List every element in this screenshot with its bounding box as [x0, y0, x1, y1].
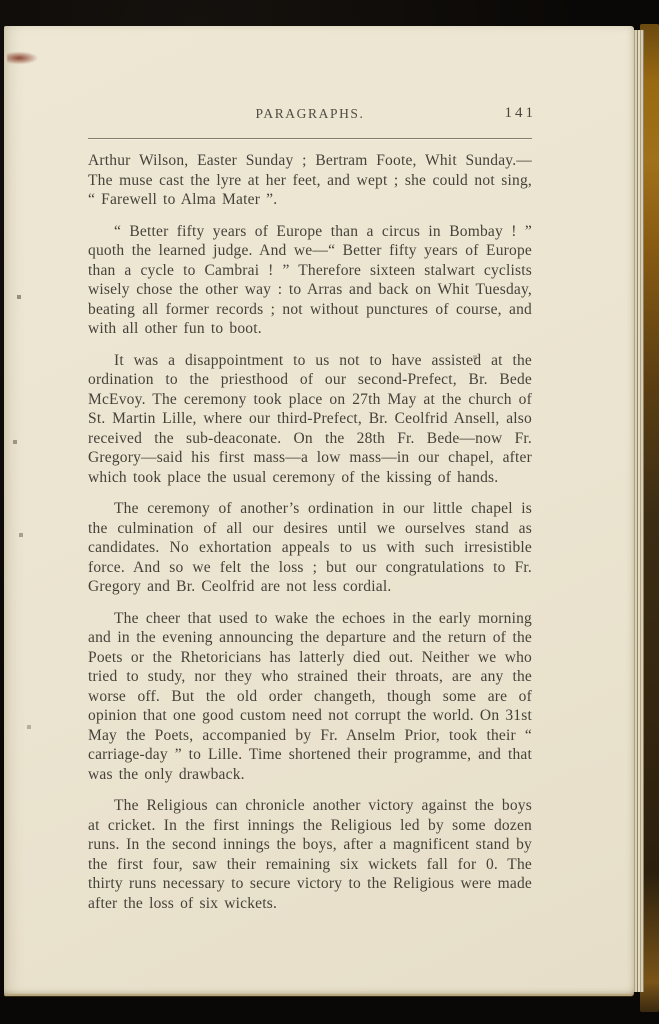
corner-wear-mark — [7, 52, 37, 64]
paragraph: It was a disappointment to us not to hav… — [88, 351, 532, 488]
page-title: PARAGRAPHS. — [88, 106, 532, 122]
paragraph: Arthur Wilson, Easter Sunday ; Bertram F… — [88, 151, 532, 210]
page-number: 141 — [505, 105, 537, 122]
paragraph: The ceremony of another’s ordination in … — [88, 499, 532, 597]
paragraph: The Religious can chronicle another vict… — [88, 796, 532, 913]
headline-rule — [88, 138, 532, 139]
paragraph: The cheer that used to wake the echoes i… — [88, 609, 532, 785]
body-text: Arthur Wilson, Easter Sunday ; Bertram F… — [88, 151, 532, 913]
paper-specks — [4, 26, 6, 28]
paragraph: “ Better fifty years of Europe than a ci… — [88, 222, 532, 339]
book-page: PARAGRAPHS. 141 Arthur Wilson, Easter Su… — [4, 26, 634, 994]
running-header: PARAGRAPHS. 141 — [88, 106, 532, 128]
text-column: PARAGRAPHS. 141 Arthur Wilson, Easter Su… — [88, 106, 532, 913]
